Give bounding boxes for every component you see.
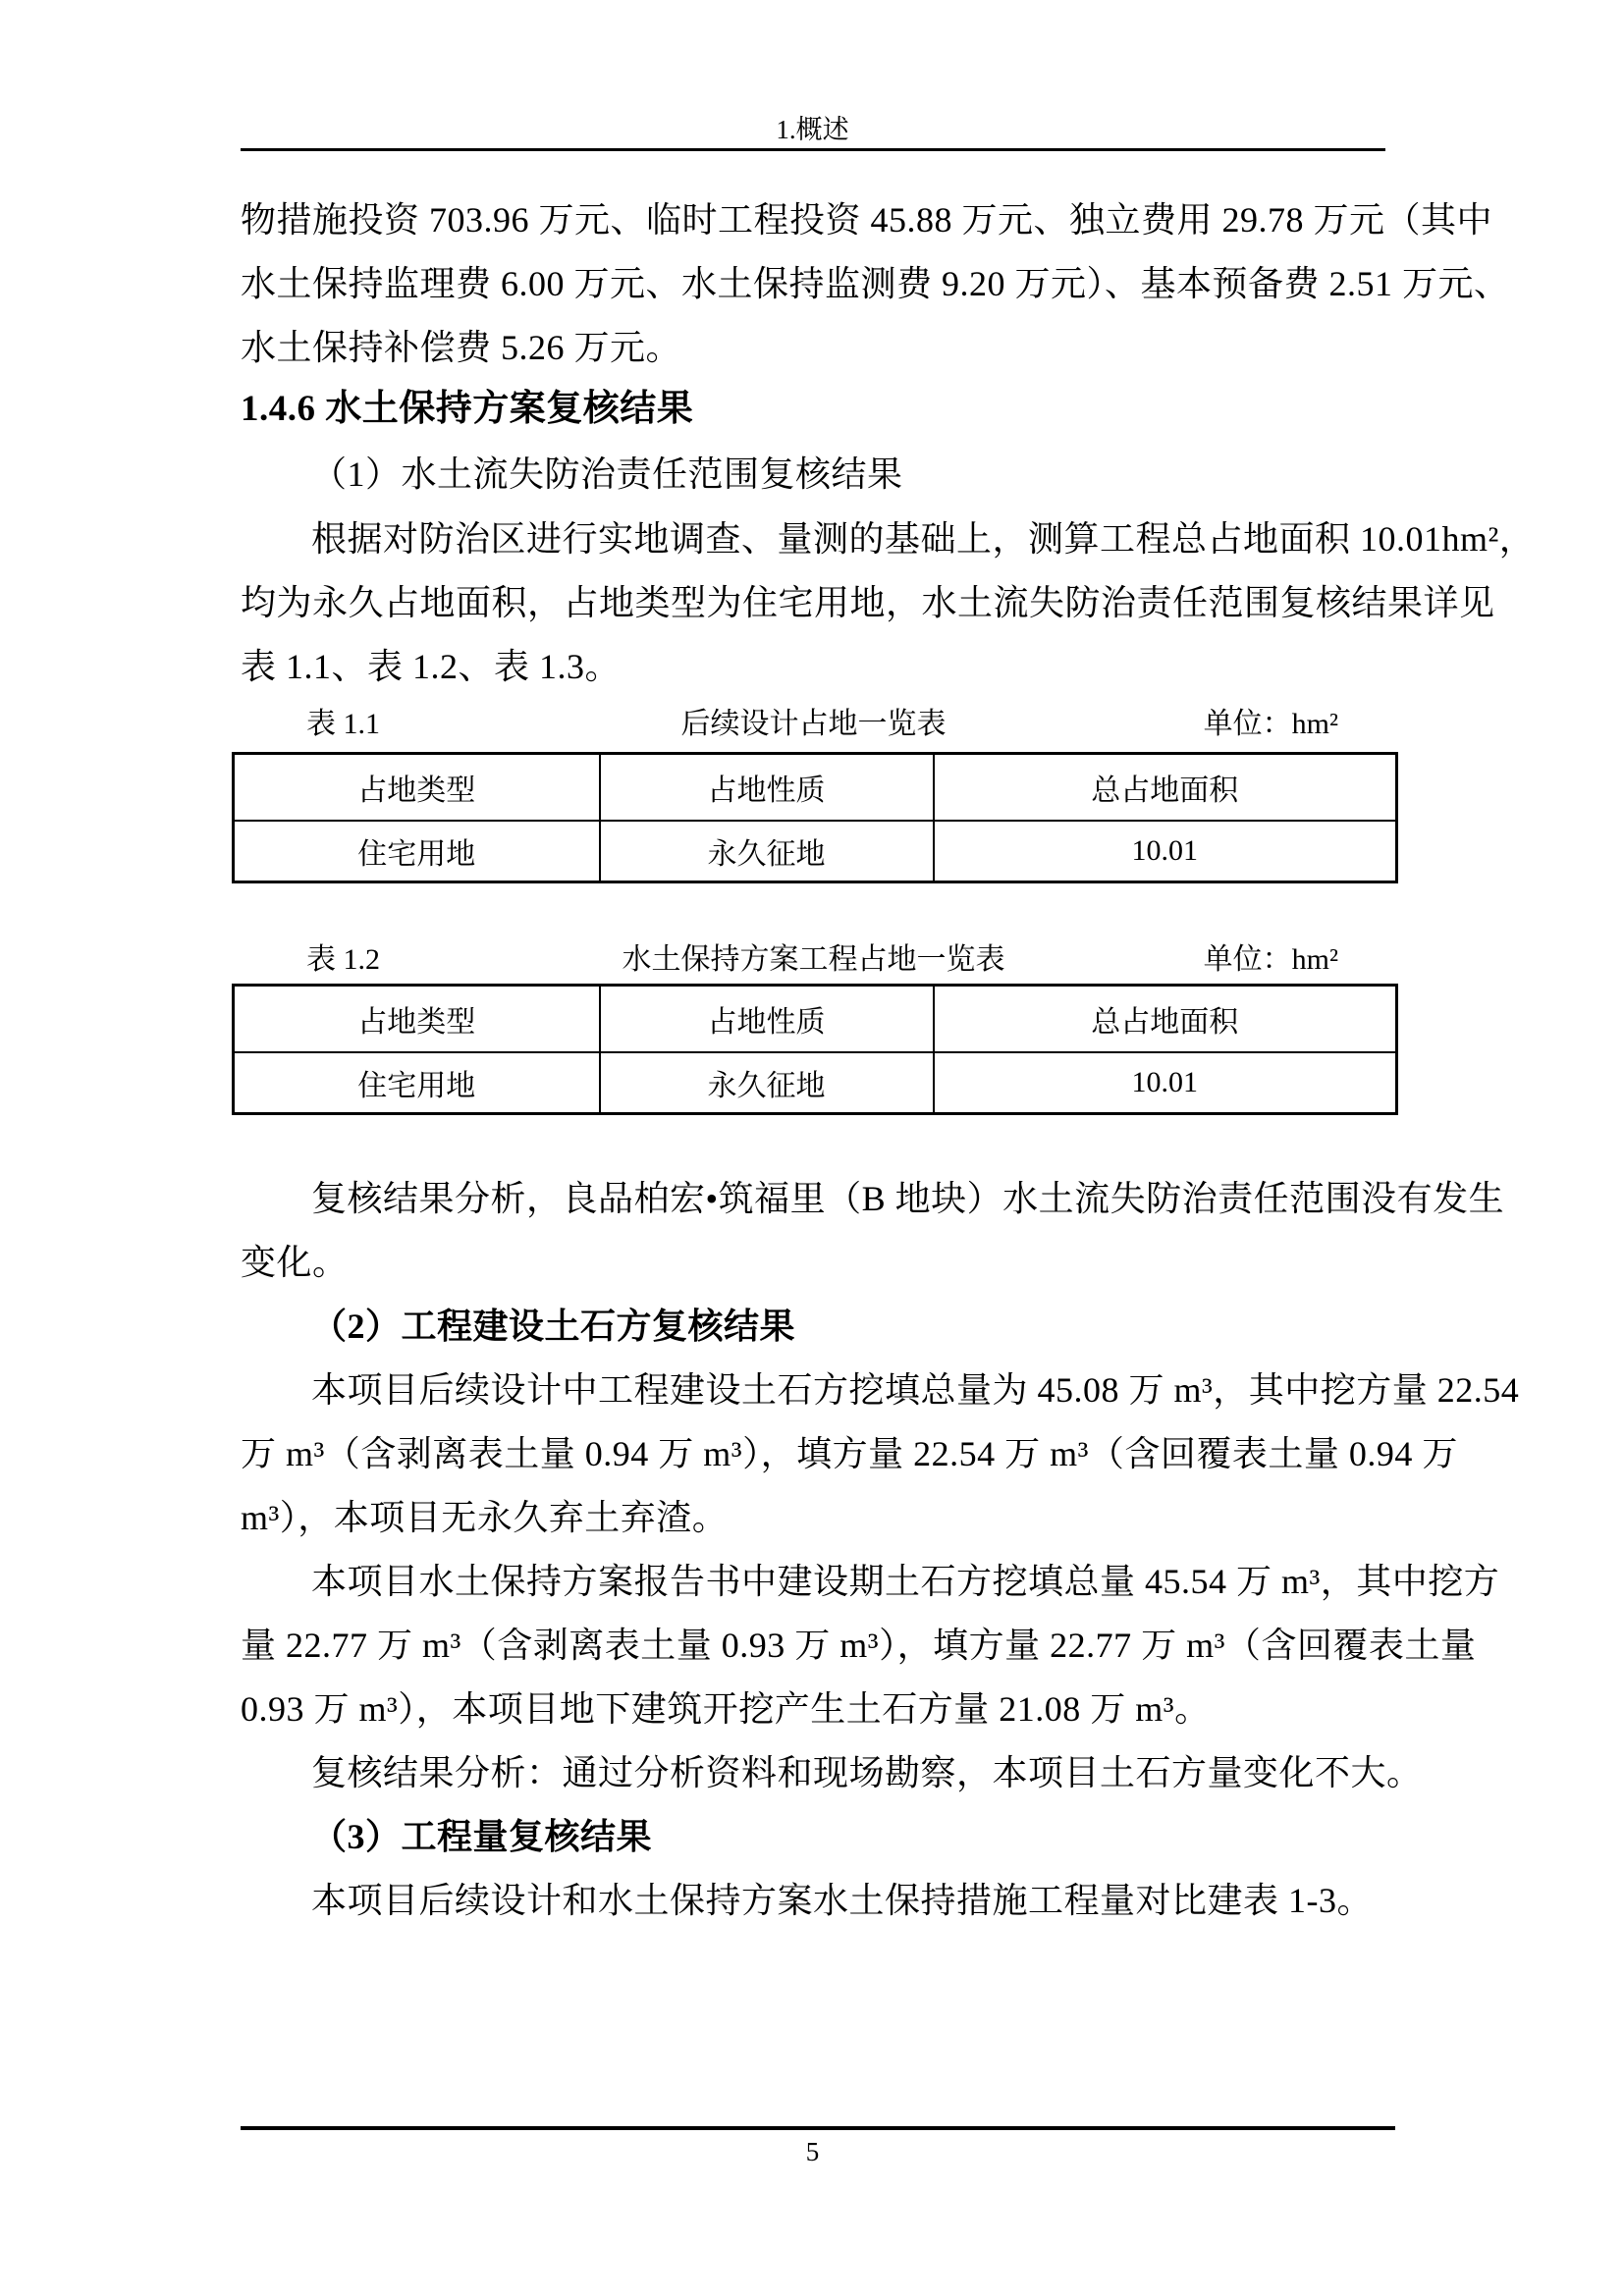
table-caption-unit: 单位：hm²: [1204, 703, 1338, 746]
text-line: 本项目后续设计和水土保持方案水土保持措施工程量对比建表 1-3。: [241, 1869, 1384, 1933]
page-number: 5: [241, 2132, 1384, 2171]
text-line: 表 1.1、表 1.2、表 1.3。: [241, 635, 1384, 699]
table-header-cell: 占地性质: [600, 754, 934, 822]
text-line: 本项目后续设计中工程建设土石方挖填总量为 45.08 万 m³，其中挖方量 22…: [241, 1359, 1384, 1422]
table-caption-title: 水土保持方案工程占地一览表: [623, 938, 1005, 982]
subheading-item3: （3）工程量复核结果: [241, 1805, 1384, 1869]
table-cell: 永久征地: [600, 1052, 934, 1114]
text-line: 万 m³（含剥离表土量 0.94 万 m³），填方量 22.54 万 m³（含回…: [241, 1422, 1384, 1486]
table-caption-label: 表 1.2: [306, 938, 380, 982]
table-1-1-caption: 表 1.1 后续设计占地一览表 单位：hm²: [232, 703, 1395, 746]
table-header-row: 占地类型 占地性质 总占地面积: [234, 986, 1397, 1053]
table-caption-unit: 单位：hm²: [1204, 938, 1338, 982]
table-cell: 永久征地: [600, 821, 934, 882]
table-header-row: 占地类型 占地性质 总占地面积: [234, 754, 1397, 822]
document-page: 1.概述 物措施投资 703.96 万元、临时工程投资 45.88 万元、独立费…: [0, 0, 1624, 2296]
paragraph-quantity-compare: 本项目后续设计和水土保持方案水土保持措施工程量对比建表 1-3。: [241, 1869, 1384, 1933]
text-line: 水土保持补偿费 5.26 万元。: [241, 316, 1384, 380]
table-1-1: 占地类型 占地性质 总占地面积 住宅用地 永久征地 10.01: [232, 752, 1398, 883]
paragraph-earthwork-plan: 本项目水土保持方案报告书中建设期土石方挖填总量 45.54 万 m³，其中挖方 …: [241, 1550, 1384, 1741]
text-line: 均为永久占地面积，占地类型为住宅用地，水土流失防治责任范围复核结果详见: [241, 571, 1384, 635]
table-caption-title: 后续设计占地一览表: [681, 703, 947, 746]
header-rule: [241, 148, 1385, 151]
text-line: 物措施投资 703.96 万元、临时工程投资 45.88 万元、独立费用 29.…: [241, 188, 1384, 252]
table-header-cell: 总占地面积: [934, 986, 1397, 1053]
table-header-cell: 总占地面积: [934, 754, 1397, 822]
paragraph-scope-review: 复核结果分析，良品柏宏•筑福里（B 地块）水土流失防治责任范围没有发生 变化。: [241, 1167, 1384, 1295]
table-1-2: 占地类型 占地性质 总占地面积 住宅用地 永久征地 10.01: [232, 984, 1398, 1115]
paragraph-investment: 物措施投资 703.96 万元、临时工程投资 45.88 万元、独立费用 29.…: [241, 188, 1384, 380]
table-1-2-caption: 表 1.2 水土保持方案工程占地一览表 单位：hm²: [232, 938, 1395, 982]
table-row: 住宅用地 永久征地 10.01: [234, 1052, 1397, 1114]
page-header-title: 1.概述: [241, 110, 1384, 149]
subheading-item1: （1）水土流失防治责任范围复核结果: [241, 443, 1384, 507]
text-line: 量 22.77 万 m³（含剥离表土量 0.93 万 m³），填方量 22.77…: [241, 1614, 1384, 1678]
heading-text: （2）工程建设土石方复核结果: [241, 1295, 1384, 1359]
text-line: 复核结果分析：通过分析资料和现场勘察，本项目土石方量变化不大。: [241, 1741, 1384, 1805]
paragraph-earthwork-design: 本项目后续设计中工程建设土石方挖填总量为 45.08 万 m³，其中挖方量 22…: [241, 1359, 1384, 1550]
text-line: 水土保持监理费 6.00 万元、水土保持监测费 9.20 万元）、基本预备费 2…: [241, 252, 1384, 316]
text-line: 0.93 万 m³），本项目地下建筑开挖产生土石方量 21.08 万 m³。: [241, 1678, 1384, 1741]
table-cell: 住宅用地: [234, 1052, 600, 1114]
table-header-cell: 占地类型: [234, 754, 600, 822]
paragraph-scope: 根据对防治区进行实地调查、量测的基础上，测算工程总占地面积 10.01hm²， …: [241, 507, 1384, 699]
table-header-cell: 占地性质: [600, 986, 934, 1053]
table-cell: 10.01: [934, 1052, 1397, 1114]
footer-rule: [241, 2126, 1395, 2130]
subheading-item2: （2）工程建设土石方复核结果: [241, 1295, 1384, 1359]
table-header-cell: 占地类型: [234, 986, 600, 1053]
paragraph-earthwork-review: 复核结果分析：通过分析资料和现场勘察，本项目土石方量变化不大。: [241, 1741, 1384, 1805]
text-line: m³），本项目无永久弃土弃渣。: [241, 1486, 1384, 1550]
text-line: 本项目水土保持方案报告书中建设期土石方挖填总量 45.54 万 m³，其中挖方: [241, 1550, 1384, 1614]
section-heading-146: 1.4.6 水土保持方案复核结果: [241, 377, 1384, 441]
text-line: 复核结果分析，良品柏宏•筑福里（B 地块）水土流失防治责任范围没有发生: [241, 1167, 1384, 1231]
heading-text: （1）水土流失防治责任范围复核结果: [241, 443, 1384, 507]
table-cell: 10.01: [934, 821, 1397, 882]
table-caption-label: 表 1.1: [306, 703, 380, 746]
heading-text: （3）工程量复核结果: [241, 1805, 1384, 1869]
table-row: 住宅用地 永久征地 10.01: [234, 821, 1397, 882]
text-line: 变化。: [241, 1231, 1384, 1295]
table-cell: 住宅用地: [234, 821, 600, 882]
text-line: 根据对防治区进行实地调查、量测的基础上，测算工程总占地面积 10.01hm²，: [241, 507, 1384, 571]
heading-text: 1.4.6 水土保持方案复核结果: [241, 377, 1384, 441]
